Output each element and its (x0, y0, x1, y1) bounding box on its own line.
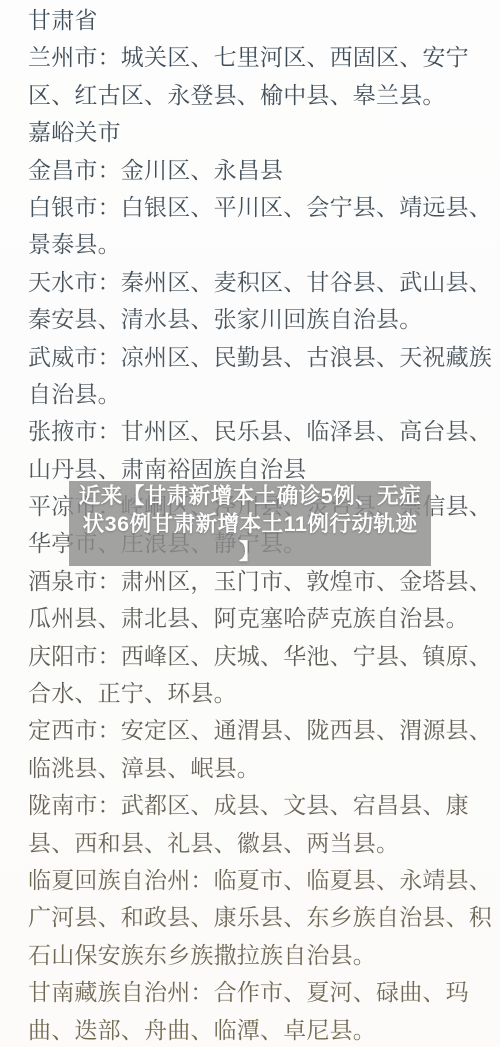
region-line: 县、西和县、礼县、徽县、两当县。 (28, 825, 492, 862)
region-line: 兰州市：城关区、七里河区、西固区、安宁 (28, 39, 492, 76)
region-line: 金昌市：金川区、永昌县 (28, 152, 492, 189)
region-line: 甘南藏族自治州：合作市、夏河、碌曲、玛 (28, 974, 492, 1011)
region-line: 曲、迭部、舟曲、临潭、卓尼县。 (28, 1012, 492, 1047)
region-line: 庆阳市：西峰区、庆城、华池、宁县、镇原、 (28, 638, 492, 675)
region-line: 武威市：凉州区、民勤县、古浪县、天祝藏族 (28, 339, 492, 376)
region-line: 甘肃省 (28, 2, 492, 39)
region-line: 定西市：安定区、通渭县、陇西县、渭源县、 (28, 712, 492, 749)
region-line: 张掖市：甘州区、民乐县、临泽县、高台县、 (28, 413, 492, 450)
region-line: 广河县、和政县、康乐县、东乡族自治县、积 (28, 899, 492, 936)
region-line: 临洮县、漳县、岷县。 (28, 750, 492, 787)
region-line: 秦安县、清水县、张家川回族自治县。 (28, 301, 492, 338)
caption-line: 】 (239, 538, 261, 566)
caption-line: 近来【甘肃新增本土确诊5例、无症 (79, 482, 421, 510)
region-line: 酒泉市：肃州区，玉门市、敦煌市、金塔县、 (28, 563, 492, 600)
region-line: 嘉峪关市 (28, 114, 492, 151)
region-line: 临夏回族自治州：临夏市、临夏县、永靖县、 (28, 862, 492, 899)
caption-line: 状36例甘肃新增本土11例行动轨迹 (83, 510, 418, 538)
region-line: 天水市：秦州区、麦积区、甘谷县、武山县、 (28, 264, 492, 301)
article-screenshot: 甘肃省兰州市：城关区、七里河区、西固区、安宁区、红古区、永登县、榆中县、皋兰县。… (0, 0, 500, 1047)
region-line: 石山保安族东乡族撒拉族自治县。 (28, 937, 492, 974)
region-line: 景泰县。 (28, 226, 492, 263)
news-caption-overlay: 近来【甘肃新增本土确诊5例、无症状36例甘肃新增本土11例行动轨迹】 (69, 481, 431, 566)
region-line: 陇南市：武都区、成县、文县、宕昌县、康 (28, 787, 492, 824)
region-line: 区、红古区、永登县、榆中县、皋兰县。 (28, 77, 492, 114)
region-line: 自治县。 (28, 376, 492, 413)
region-line: 白银市：白银区、平川区、会宁县、靖远县、 (28, 189, 492, 226)
region-line: 瓜州县、肃北县、阿克塞哈萨克族自治县。 (28, 600, 492, 637)
region-line: 合水、正宁、环县。 (28, 675, 492, 712)
